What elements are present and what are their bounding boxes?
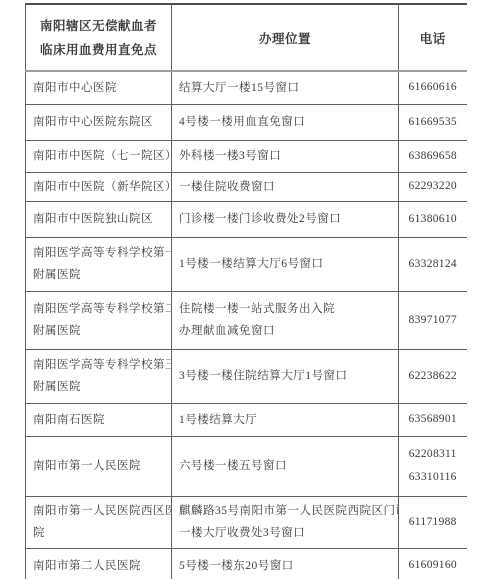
- location-cell: 一楼住院收费窗口: [172, 172, 399, 201]
- phone-cell: 61380610: [399, 201, 467, 237]
- location-line: 1号楼结算大厅: [179, 409, 394, 431]
- hospital-name-line: 南阳市中医院（七一院区）: [33, 145, 167, 167]
- phone-line: 62293220: [399, 175, 467, 198]
- hospital-name-line: 附属医院: [33, 376, 167, 398]
- phone-line: 62238622: [399, 365, 467, 388]
- hospital-name-line: 南阳市中医院独山院区: [33, 208, 167, 230]
- table-row: 南阳市第一人民医院六号楼一楼五号窗口6220831163310116: [26, 436, 467, 496]
- hospital-name-line: 南阳市中心医院东院区: [33, 111, 167, 133]
- header-facility-column: 南阳辖区无偿献血者 临床用血费用直免点: [26, 4, 172, 71]
- phone-cell: 63568901: [399, 403, 467, 436]
- header-facility-line2: 临床用血费用直免点: [26, 38, 171, 62]
- phone-cell: 61609160: [399, 548, 467, 579]
- screenshot-root: 南阳辖区无偿献血者 临床用血费用直免点 办理位置 电话 南阳市中心医院结算大厅一…: [0, 0, 500, 579]
- phone-line: 63869658: [399, 145, 467, 168]
- location-line: 办理献血减免窗口: [179, 320, 394, 342]
- phone-cell: 62293220: [399, 172, 467, 201]
- hospital-name-cell: 南阳医学高等专科学校第一附属医院: [26, 237, 172, 291]
- hospital-name-cell: 南阳市中医院独山院区: [26, 201, 172, 237]
- phone-line: 63568901: [399, 408, 467, 431]
- phone-cell: 61669535: [399, 104, 467, 140]
- hospital-name-line: 南阳南石医院: [33, 409, 167, 431]
- hospital-name-line: 南阳医学高等专科学校第一: [33, 242, 167, 264]
- phone-line: 61171988: [399, 511, 467, 534]
- phone-line: 61609160: [399, 554, 467, 577]
- hospital-name-cell: 南阳南石医院: [26, 403, 172, 436]
- phone-cell: 83971077: [399, 291, 467, 349]
- table-row: 南阳市中医院独山院区门诊楼一楼门诊收费处2号窗口61380610: [26, 201, 467, 237]
- location-cell: 住院楼一楼一站式服务出入院办理献血减免窗口: [172, 291, 399, 349]
- location-line: 一楼住院收费窗口: [179, 176, 394, 198]
- hospital-name-line: 院: [33, 522, 167, 544]
- hospital-name-line: 南阳市中心医院: [33, 77, 167, 99]
- location-line: 4号楼一楼用血直免窗口: [179, 111, 394, 133]
- hospital-name-line: 南阳市中医院（新华院区）: [33, 176, 167, 198]
- table-row: 南阳医学高等专科学校第三附属医院3号楼一楼住院结算大厅1号窗口62238622: [26, 349, 467, 403]
- location-cell: 结算大厅一楼15号窗口: [172, 71, 399, 104]
- table-row: 南阳市中医院（新华院区）一楼住院收费窗口62293220: [26, 172, 467, 201]
- location-cell: 麒麟路35号南阳市第一人民医院西院区门诊一楼大厅收费处3号窗口: [172, 496, 399, 548]
- location-line: 外科楼一楼3号窗口: [179, 145, 394, 167]
- phone-line: 61380610: [399, 208, 467, 231]
- phone-line: 63328124: [399, 253, 467, 276]
- phone-line: 62208311: [399, 443, 467, 466]
- location-cell: 六号楼一楼五号窗口: [172, 436, 399, 496]
- hospital-name-cell: 南阳医学高等专科学校第二附属医院: [26, 291, 172, 349]
- table-row: 南阳市中医院（七一院区）外科楼一楼3号窗口63869658: [26, 140, 467, 172]
- hospital-name-cell: 南阳医学高等专科学校第三附属医院: [26, 349, 172, 403]
- location-line: 门诊楼一楼门诊收费处2号窗口: [179, 208, 394, 230]
- table-row: 南阳南石医院1号楼结算大厅63568901: [26, 403, 467, 436]
- table-row: 南阳市中心医院结算大厅一楼15号窗口61660616: [26, 71, 467, 104]
- hospital-name-cell: 南阳市第一人民医院: [26, 436, 172, 496]
- location-line: 住院楼一楼一站式服务出入院: [179, 298, 394, 320]
- header-row: 南阳辖区无偿献血者 临床用血费用直免点 办理位置 电话: [26, 4, 467, 71]
- hospital-name-line: 附属医院: [33, 264, 167, 286]
- phone-line: 61669535: [399, 111, 467, 134]
- phone-cell: 63328124: [399, 237, 467, 291]
- hospital-name-line: 附属医院: [33, 320, 167, 342]
- phone-cell: 61171988: [399, 496, 467, 548]
- location-line: 3号楼一楼住院结算大厅1号窗口: [179, 365, 394, 387]
- location-cell: 5号楼一楼东20号窗口: [172, 548, 399, 579]
- phone-line: 83971077: [399, 309, 467, 332]
- table-row: 南阳市第二人民医院5号楼一楼东20号窗口61609160: [26, 548, 467, 579]
- phone-line: 61660616: [399, 76, 467, 99]
- location-line: 结算大厅一楼15号窗口: [179, 77, 394, 99]
- table-row: 南阳市中心医院东院区4号楼一楼用血直免窗口61669535: [26, 104, 467, 140]
- location-cell: 1号楼结算大厅: [172, 403, 399, 436]
- hospital-name-line: 南阳医学高等专科学校第二: [33, 298, 167, 320]
- location-line: 5号楼一楼东20号窗口: [179, 555, 394, 577]
- phone-cell: 62238622: [399, 349, 467, 403]
- table-row: 南阳市第一人民医院西区医院麒麟路35号南阳市第一人民医院西院区门诊一楼大厅收费处…: [26, 496, 467, 548]
- location-cell: 4号楼一楼用血直免窗口: [172, 104, 399, 140]
- blood-donation-fee-exemption-table: 南阳辖区无偿献血者 临床用血费用直免点 办理位置 电话 南阳市中心医院结算大厅一…: [25, 3, 467, 579]
- location-line: 麒麟路35号南阳市第一人民医院西院区门诊: [179, 500, 394, 522]
- header-phone-column: 电话: [399, 4, 467, 71]
- phone-line: 63310116: [399, 466, 467, 489]
- table-body: 南阳市中心医院结算大厅一楼15号窗口61660616南阳市中心医院东院区4号楼一…: [26, 71, 467, 579]
- phone-cell: 63869658: [399, 140, 467, 172]
- hospital-name-line: 南阳市第一人民医院西区医: [33, 500, 167, 522]
- table-row: 南阳医学高等专科学校第二附属医院住院楼一楼一站式服务出入院办理献血减免窗口839…: [26, 291, 467, 349]
- phone-cell: 6220831163310116: [399, 436, 467, 496]
- location-line: 一楼大厅收费处3号窗口: [179, 522, 394, 544]
- phone-cell: 61660616: [399, 71, 467, 104]
- location-cell: 3号楼一楼住院结算大厅1号窗口: [172, 349, 399, 403]
- location-cell: 门诊楼一楼门诊收费处2号窗口: [172, 201, 399, 237]
- hospital-name-line: 南阳医学高等专科学校第三: [33, 354, 167, 376]
- hospital-name-line: 南阳市第一人民医院: [33, 455, 167, 477]
- hospital-name-line: 南阳市第二人民医院: [33, 555, 167, 577]
- header-facility-line1: 南阳辖区无偿献血者: [26, 14, 171, 38]
- location-cell: 外科楼一楼3号窗口: [172, 140, 399, 172]
- header-location-column: 办理位置: [172, 4, 399, 71]
- hospital-name-cell: 南阳市第二人民医院: [26, 548, 172, 579]
- location-line: 1号楼一楼结算大厅6号窗口: [179, 253, 394, 275]
- location-cell: 1号楼一楼结算大厅6号窗口: [172, 237, 399, 291]
- hospital-name-cell: 南阳市第一人民医院西区医院: [26, 496, 172, 548]
- hospital-name-cell: 南阳市中心医院: [26, 71, 172, 104]
- hospital-name-cell: 南阳市中医院（七一院区）: [26, 140, 172, 172]
- hospital-name-cell: 南阳市中医院（新华院区）: [26, 172, 172, 201]
- hospital-name-cell: 南阳市中心医院东院区: [26, 104, 172, 140]
- location-line: 六号楼一楼五号窗口: [179, 455, 394, 477]
- table-row: 南阳医学高等专科学校第一附属医院1号楼一楼结算大厅6号窗口63328124: [26, 237, 467, 291]
